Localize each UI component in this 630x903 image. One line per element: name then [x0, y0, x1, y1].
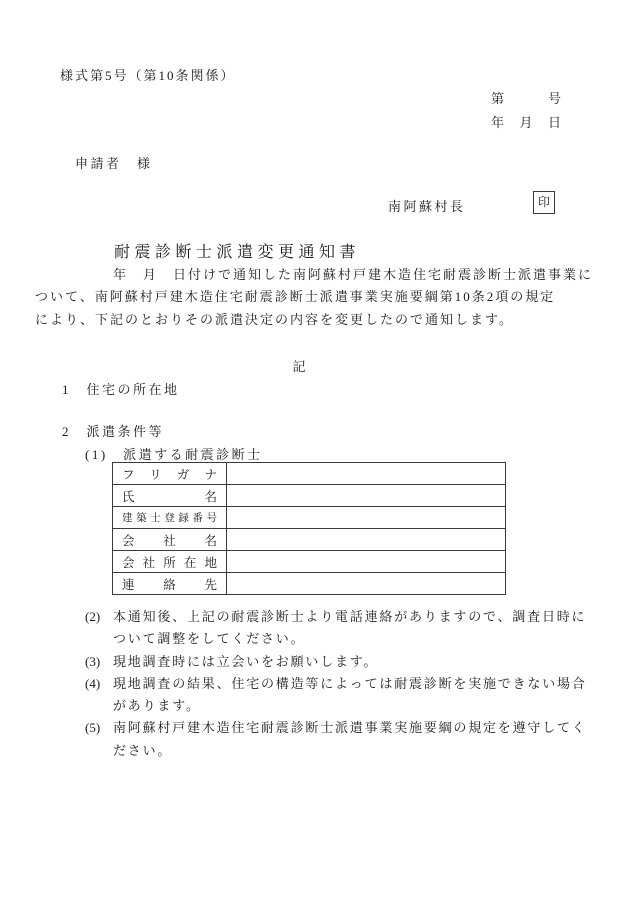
body-line: により、下記のとおりその派遣決定の内容を変更したので通知します。 [35, 309, 593, 331]
section-item-2: 2 派遣条件等 [62, 421, 164, 440]
note-text: 南阿蘇村戸建木造住宅耐震診断士派遣事業実施要綱の規定を遵守してく [113, 720, 587, 735]
table-row: フリガナ [113, 463, 506, 485]
note-item: (3)現地調査時には立会いをお願いします。 [85, 651, 587, 673]
row-value-company-name [227, 529, 506, 551]
note-item: (4)現地調査の結果、住宅の構造等によっては耐震診断を実施できない場合 がありま… [85, 673, 587, 718]
note-number: (3) [85, 651, 100, 673]
note-text: ついて調整をしてください。 [85, 628, 587, 650]
date-month-label: 月 [519, 112, 532, 131]
body-paragraph: 年 月 日付けで通知した南阿蘇村戸建木造住宅耐震診断士派遣事業に ついて、南阿蘇… [35, 264, 593, 331]
date-year-label: 年 [491, 112, 504, 131]
row-label-name: 氏名 [113, 485, 227, 507]
row-label-contact: 連絡先 [113, 573, 227, 595]
mayor-name: 南阿蘇村長 [388, 196, 466, 215]
row-value-contact [227, 573, 506, 595]
row-value-furigana [227, 463, 506, 485]
table-row: 会社名 [113, 529, 506, 551]
date-day-label: 日 [548, 112, 561, 131]
note-item: (5)南阿蘇村戸建木造住宅耐震診断士派遣事業実施要綱の規定を遵守してく ださい。 [85, 717, 587, 762]
sub-item-1: (1) 派遣する耐震診断士 [85, 444, 263, 463]
note-number: (5) [85, 717, 100, 739]
table-row: 氏名 [113, 485, 506, 507]
date-line: 年 月 日 [491, 112, 561, 131]
note-item: (2)本通知後、上記の耐震診断士より電話連絡がありますので、調査日時に ついて調… [85, 606, 587, 651]
document-title: 耐震診断士派遣変更通知書 [114, 239, 360, 262]
note-text: 本通知後、上記の耐震診断士より電話連絡がありますので、調査日時に [113, 609, 586, 624]
doc-number-prefix: 第 [491, 88, 504, 107]
note-text: 現地調査の結果、住宅の構造等によっては耐震診断を実施できない場合 [113, 676, 587, 691]
doc-number-suffix: 号 [548, 88, 561, 107]
row-value-name [227, 485, 506, 507]
note-text: があります。 [85, 695, 587, 717]
diagnostician-table: フリガナ 氏名 建築士登録番号 会社名 会社所在地 連絡先 [112, 462, 506, 595]
form-number: 様式第5号（第10条関係） [60, 65, 236, 84]
row-label-license-number: 建築士登録番号 [113, 507, 227, 529]
notes-list: (2)本通知後、上記の耐震診断士より電話連絡がありますので、調査日時に ついて調… [85, 606, 587, 762]
row-value-company-address [227, 551, 506, 573]
table-row: 建築士登録番号 [113, 507, 506, 529]
record-marker: 記 [35, 356, 565, 375]
note-number: (2) [85, 606, 100, 628]
seal-stamp-box: 印 [533, 191, 555, 214]
note-text: 現地調査時には立会いをお願いします。 [113, 654, 378, 669]
row-label-company-name: 会社名 [113, 529, 227, 551]
row-label-furigana: フリガナ [113, 463, 227, 485]
applicant-line: 申請者 様 [75, 153, 153, 172]
doc-number-line: 第 号 [491, 88, 561, 107]
note-number: (4) [85, 673, 100, 695]
document-page: 様式第5号（第10条関係） 第 号 年 月 日 申請者 様 南阿蘇村長 印 耐震… [0, 0, 630, 903]
table-row: 会社所在地 [113, 551, 506, 573]
body-line: 年 月 日付けで通知した南阿蘇村戸建木造住宅耐震診断士派遣事業に [35, 264, 593, 286]
note-text: ださい。 [85, 740, 587, 762]
row-value-license-number [227, 507, 506, 529]
table-row: 連絡先 [113, 573, 506, 595]
body-line: ついて、南阿蘇村戸建木造住宅耐震診断士派遣事業実施要綱第10条2項の規定 [35, 286, 593, 308]
section-item-1: 1 住宅の所在地 [62, 379, 180, 398]
row-label-company-address: 会社所在地 [113, 551, 227, 573]
